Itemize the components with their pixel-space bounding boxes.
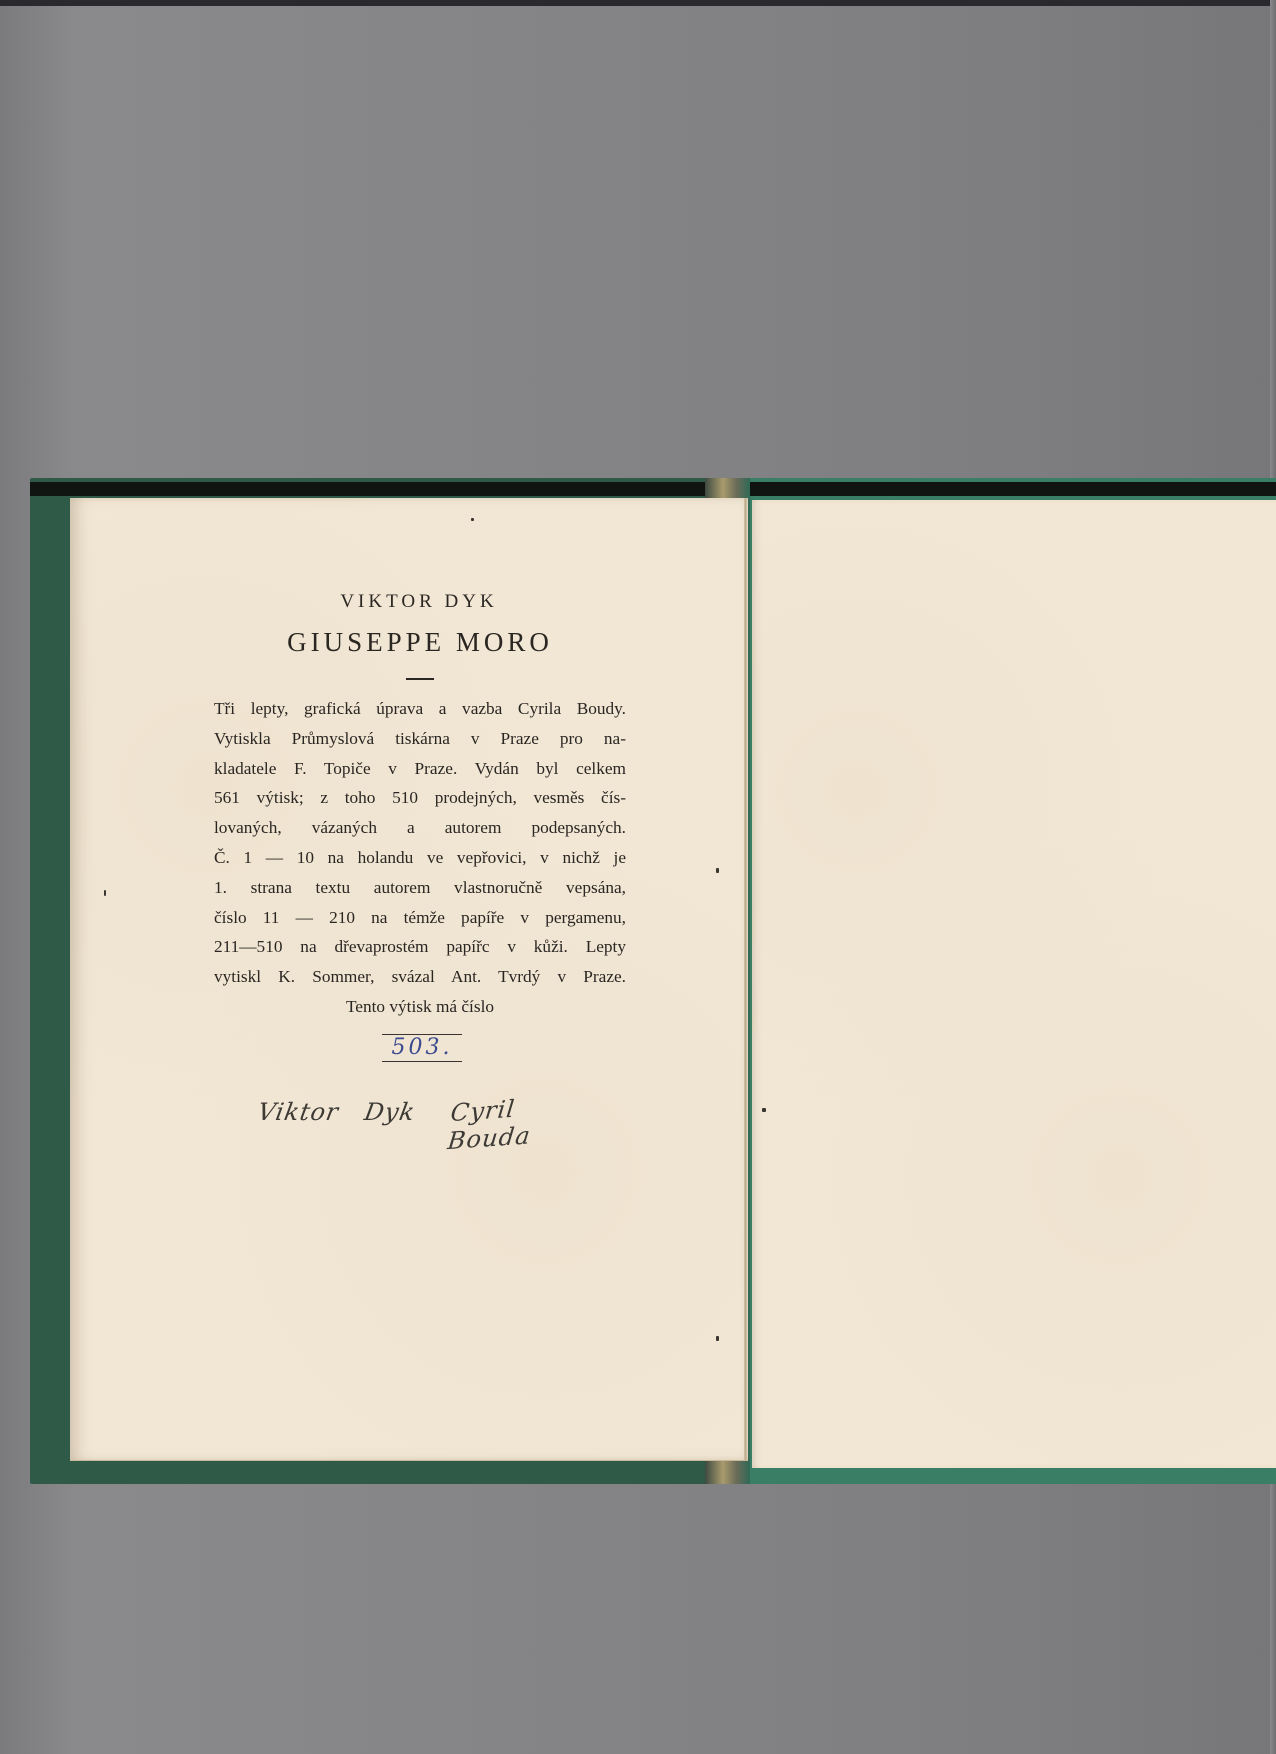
colophon-line: vytiskl K. Sommer, svázal Ant. Tvrdý v P… xyxy=(214,962,626,992)
colophon-line: 561 výtisk; z toho 510 prodejných, vesmě… xyxy=(214,783,626,813)
colophon-line: číslo 11 — 210 na témže papíře v pergame… xyxy=(214,903,626,933)
colophon-line: 1. strana textu autorem vlastnoručně vep… xyxy=(214,873,626,903)
paper-speck xyxy=(104,890,106,896)
book-title: GIUSEPPE MORO xyxy=(214,626,626,658)
colophon-text: Tři lepty, grafická úprava a vazba Cyril… xyxy=(214,694,626,992)
colophon-line: kladatele F. Topiče v Praze. Vydán byl c… xyxy=(214,754,626,784)
page-gutter xyxy=(744,498,747,1460)
signature-last-name: Dyk xyxy=(362,1098,417,1126)
author-name: VIKTOR DYK xyxy=(212,590,626,614)
scanner-top-edge xyxy=(0,0,1276,6)
signature-first-name: Viktor xyxy=(256,1098,342,1126)
colophon: VIKTOR DYK GIUSEPPE MORO Tři lepty, graf… xyxy=(214,590,626,1062)
author-signature: ViktorDyk xyxy=(256,1098,418,1126)
cover-top-edge xyxy=(30,482,1276,496)
colophon-line: Č. 1 — 10 na holandu ve vepřovici, v nic… xyxy=(214,843,626,873)
paper-speck xyxy=(762,1108,766,1112)
colophon-line: Tři lepty, grafická úprava a vazba Cyril… xyxy=(214,694,626,724)
signatures: ViktorDyk Cyril Bouda xyxy=(258,1094,598,1154)
colophon-line: lovaných, vázaných a autorem podepsaných… xyxy=(214,813,626,843)
illustrator-signature: Cyril Bouda xyxy=(446,1089,601,1155)
copy-number-label: Tento výtisk má číslo xyxy=(214,992,626,1022)
handwritten-copy-number: 503. xyxy=(392,1035,453,1060)
paper-speck xyxy=(716,1336,719,1341)
right-page xyxy=(752,500,1276,1468)
copy-number-field: 503. xyxy=(382,1034,462,1062)
colophon-line: Vytiskla Průmyslová tiskárna v Praze pro… xyxy=(214,724,626,754)
paper-speck xyxy=(471,518,474,521)
title-divider xyxy=(406,678,434,680)
paper-speck xyxy=(716,868,719,873)
colophon-line: 211—510 na dřevaprostém papířc v kůži. L… xyxy=(214,932,626,962)
